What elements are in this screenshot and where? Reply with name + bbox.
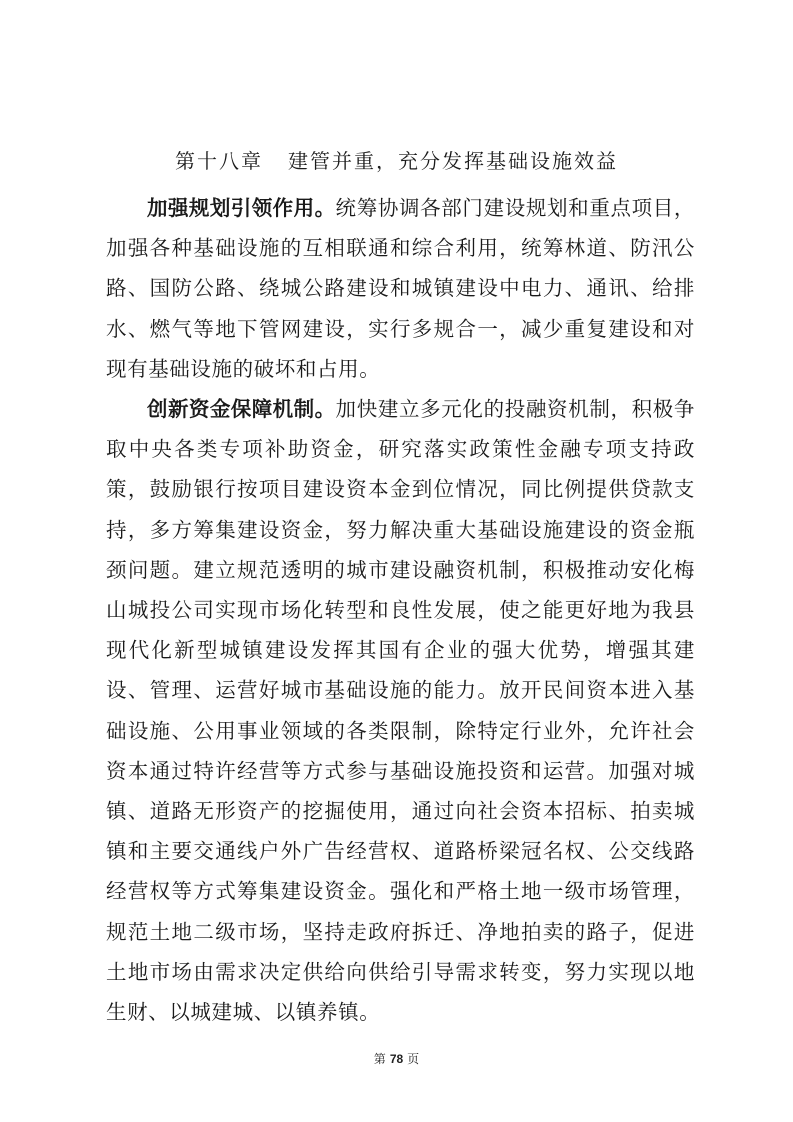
body-text: 加强规划引领作用。统筹协调各部门建设规划和重点项目，加强各种基础设施的互相联通和… — [106, 188, 695, 1032]
paragraph-lead-punctuation: 。 — [315, 397, 336, 421]
document-page: 第十八章 建管并重，充分发挥基础设施效益 加强规划引领作用。统筹协调各部门建设规… — [0, 0, 793, 1122]
page-number: 78 — [390, 1052, 403, 1066]
paragraph-body: 加快建立多元化的投融资机制，积极争取中央各类专项补助资金，研究落实政策性金融专项… — [106, 397, 695, 1024]
paragraph-funding-mechanism: 创新资金保障机制。加快建立多元化的投融资机制，积极争取中央各类专项补助资金，研究… — [106, 389, 695, 1032]
page-number-suffix: 页 — [407, 1052, 419, 1066]
paragraph-lead-punctuation: 。 — [315, 196, 336, 220]
paragraph-lead-heading: 加强规划引领作用 — [147, 196, 315, 220]
page-number-prefix: 第 — [374, 1052, 386, 1066]
chapter-title: 第十八章 建管并重，充分发挥基础设施效益 — [0, 146, 793, 176]
page-footer: 第78页 — [0, 1051, 793, 1067]
paragraph-planning-guidance: 加强规划引领作用。统筹协调各部门建设规划和重点项目，加强各种基础设施的互相联通和… — [106, 188, 695, 389]
paragraph-lead-heading: 创新资金保障机制 — [147, 397, 315, 421]
paragraph-body: 统筹协调各部门建设规划和重点项目，加强各种基础设施的互相联通和综合利用，统筹林道… — [106, 196, 695, 381]
